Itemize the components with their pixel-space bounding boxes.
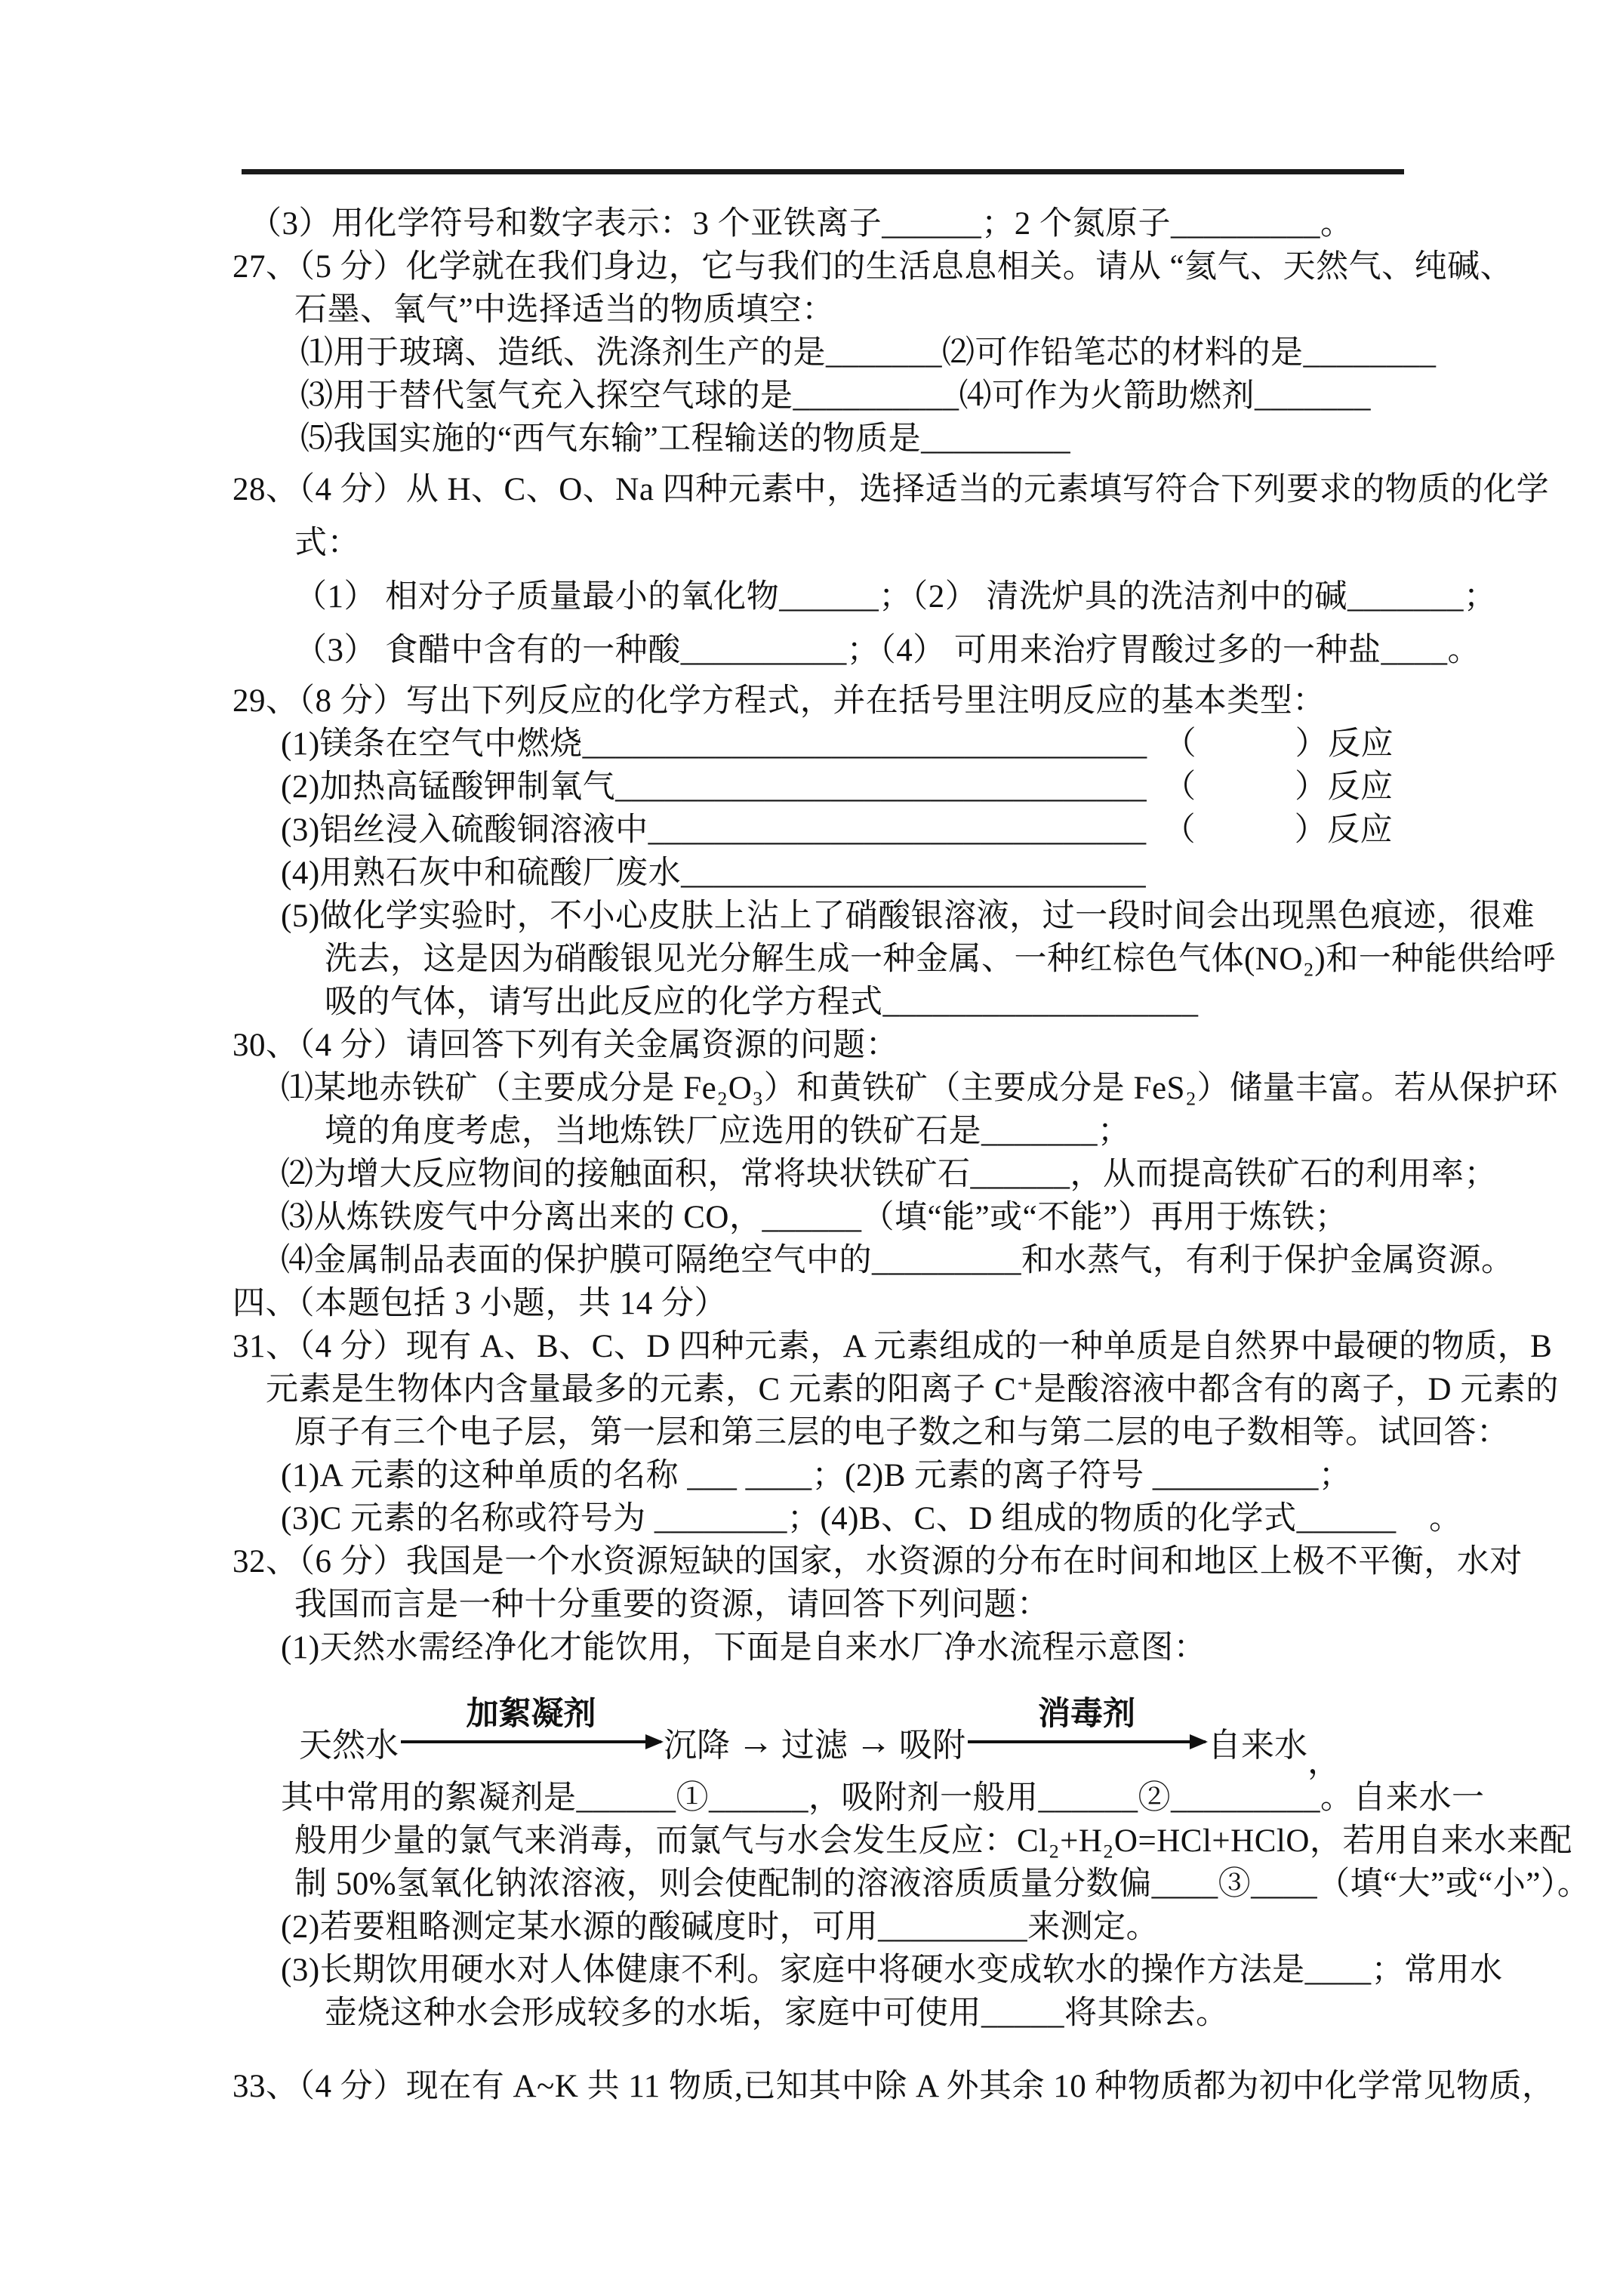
q28-stem-2: 式： [233, 522, 1399, 565]
q29-item5-line-2: 洗去，这是因为硝酸银见光分解生成一种金属、一种红棕色气体(NO₂)和一种能供给呼 [233, 938, 1399, 981]
arrowhead-icon [1190, 1734, 1208, 1749]
q27-items-3-4: ⑶用于替代氢气充入探空气球的是__________⑷可作为火箭助燃剂______… [233, 374, 1399, 418]
q32-item2: (2)若要粗略测定某水源的酸碱度时，可用_________来测定。 [233, 1906, 1399, 1949]
q29-reaction-2: (2)加热高锰酸钾制氧气____________________________… [233, 766, 1399, 809]
flow-source-label: 天然水 [299, 1718, 399, 1766]
q30-stem: 30、（4 分）请回答下列有关金属资源的问题： [233, 1024, 1399, 1067]
q27-item-5: ⑸我国实施的“西气东输”工程输送的物质是_________ [233, 418, 1399, 461]
q27-items-1-2: ⑴用于玻璃、造纸、洗涤剂生产的是_______⑵可作铅笔芯的材料的是______… [233, 331, 1399, 374]
q32-paragraph-2: 般用少量的氯气来消毒，而氯气与水会发生反应：Cl₂+H₂O=HCl+HClO，若… [233, 1820, 1399, 1863]
arrowhead-icon [645, 1734, 664, 1749]
water-purification-flow-diagram: 天然水 加絮凝剂 沉降 → 过滤 → 吸附 消毒剂 自来水 ， [233, 1672, 1399, 1771]
q31-stem-2: 元素是生物体内含量最多的元素，C 元素的阳离子 C⁺是酸溶液中都含有的离子，D … [233, 1368, 1399, 1411]
q32-stem-2: 我国而言是一种十分重要的资源，请回答下列问题： [233, 1583, 1399, 1626]
q32-item3-line-1: (3)长期饮用硬水对人体健康不利。家庭中将硬水变成软水的操作方法是____；常用… [233, 1949, 1399, 1992]
q32-item3-line-2: 壶烧这种水会形成较多的水垢，家庭中可使用_____将其除去。 [233, 1992, 1399, 2035]
section-4-heading: 四、（本题包括 3 小题，共 14 分） [233, 1282, 1399, 1325]
q26-item3: （3）用化学符号和数字表示：3 个亚铁离子______；2 个氮原子______… [233, 202, 1399, 245]
step-adsorption: 吸附 [899, 1718, 965, 1766]
flow-result-label: 自来水 [1208, 1718, 1307, 1766]
q30-item1-line-1: ⑴某地赤铁矿（主要成分是 Fe₂O₃）和黄铁矿（主要成分是 FeS₂）储量丰富。… [233, 1067, 1399, 1110]
q30-item1-line-2: 境的角度考虑，当地炼铁厂应选用的铁矿石是_______； [233, 1110, 1399, 1153]
flocculant-arrow: 加絮凝剂 [401, 1740, 661, 1743]
q28-items-1-2: （1） 相对分子质量最小的氧化物______；（2） 清洗炉具的洗洁剂中的碱__… [233, 575, 1399, 618]
q29-stem: 29、（8 分）写出下列反应的化学方程式，并在括号里注明反应的基本类型： [233, 680, 1399, 723]
disinfectant-arrow-label: 消毒剂 [1038, 1688, 1135, 1734]
flow-trailing-comma: ， [1307, 1734, 1341, 1783]
q30-item4: ⑷金属制品表面的保护膜可隔绝空气中的_________和水蒸气，有利于保护金属资… [233, 1239, 1399, 1282]
q29-item5-line-1: (5)做化学实验时，不小心皮肤上沾上了硝酸银溶液，过一段时间会出现黑色痕迹，很难 [233, 895, 1399, 938]
arrow-right-icon: → [738, 1721, 774, 1763]
q28-stem-1: 28、（4 分）从 H、C、O、Na 四种元素中，选择适当的元素填写符合下列要求… [233, 468, 1399, 511]
q32-paragraph-1: 其中常用的絮凝剂是______①______，吸附剂一般用______②____… [233, 1777, 1399, 1820]
q31-stem-3: 原子有三个电子层，第一层和第三层的电子数之和与第二层的电子数相等。试回答： [233, 1411, 1399, 1454]
q33-stem: 33、（4 分）现在有 A~K 共 11 物质,已知其中除 A 外其余 10 种… [233, 2065, 1399, 2108]
q27-stem-2: 石墨、氧气”中选择适当的物质填空： [233, 288, 1399, 331]
header-rule [242, 169, 1404, 174]
q31-items-3-4: (3)C 元素的名称或符号为 ________；(4)B、C、D 组成的物质的化… [233, 1497, 1399, 1540]
q29-reaction-1: (1)镁条在空气中燃烧_____________________________… [233, 723, 1399, 766]
q29-item5-line-3: 吸的气体，请写出此反应的化学方程式___________________ [233, 981, 1399, 1024]
exam-content: （3）用化学符号和数字表示：3 个亚铁离子______；2 个氮原子______… [233, 202, 1399, 2108]
q30-item3: ⑶从炼铁废气中分离出来的 CO，______（填“能”或“不能”）再用于炼铁； [233, 1196, 1399, 1239]
q30-item2: ⑵为增大反应物间的接触面积，常将块状铁矿石______，从而提高铁矿石的利用率； [233, 1153, 1399, 1196]
q32-stem-1: 32、（6 分）我国是一个水资源短缺的国家，水资源的分布在时间和地区上极不平衡，… [233, 1540, 1399, 1583]
q31-stem-1: 31、（4 分）现有 A、B、C、D 四种元素，A 元素组成的一种单质是自然界中… [233, 1325, 1399, 1368]
q32-paragraph-3: 制 50%氢氧化钠浓溶液，则会使配制的溶液溶质质量分数偏____③____（填“… [233, 1863, 1399, 1906]
q31-items-1-2: (1)A 元素的这种单质的名称 ___ ____；(2)B 元素的离子符号 __… [233, 1454, 1399, 1497]
q32-item1: (1)天然水需经净化才能饮用，下面是自来水厂净水流程示意图： [233, 1626, 1399, 1669]
step-filtration: 过滤 [781, 1718, 848, 1766]
step-sedimentation: 沉降 [664, 1718, 730, 1766]
arrow-right-icon: → [855, 1721, 892, 1763]
flocculant-arrow-label: 加絮凝剂 [467, 1688, 596, 1734]
q27-stem-1: 27、（5 分）化学就在我们身边，它与我们的生活息息相关。请从 “氦气、天然气、… [233, 245, 1399, 288]
exam-document-page: （3）用化学符号和数字表示：3 个亚铁离子______；2 个氮原子______… [0, 0, 1623, 2296]
q29-reaction-3: (3)铝丝浸入硫酸铜溶液中___________________________… [233, 809, 1399, 852]
q28-items-3-4: （3） 食醋中含有的一种酸__________；（4） 可用来治疗胃酸过多的一种… [233, 629, 1399, 672]
q29-reaction-4: (4)用熟石灰中和硫酸厂废水__________________________… [233, 852, 1399, 895]
disinfectant-arrow: 消毒剂 [968, 1740, 1206, 1743]
